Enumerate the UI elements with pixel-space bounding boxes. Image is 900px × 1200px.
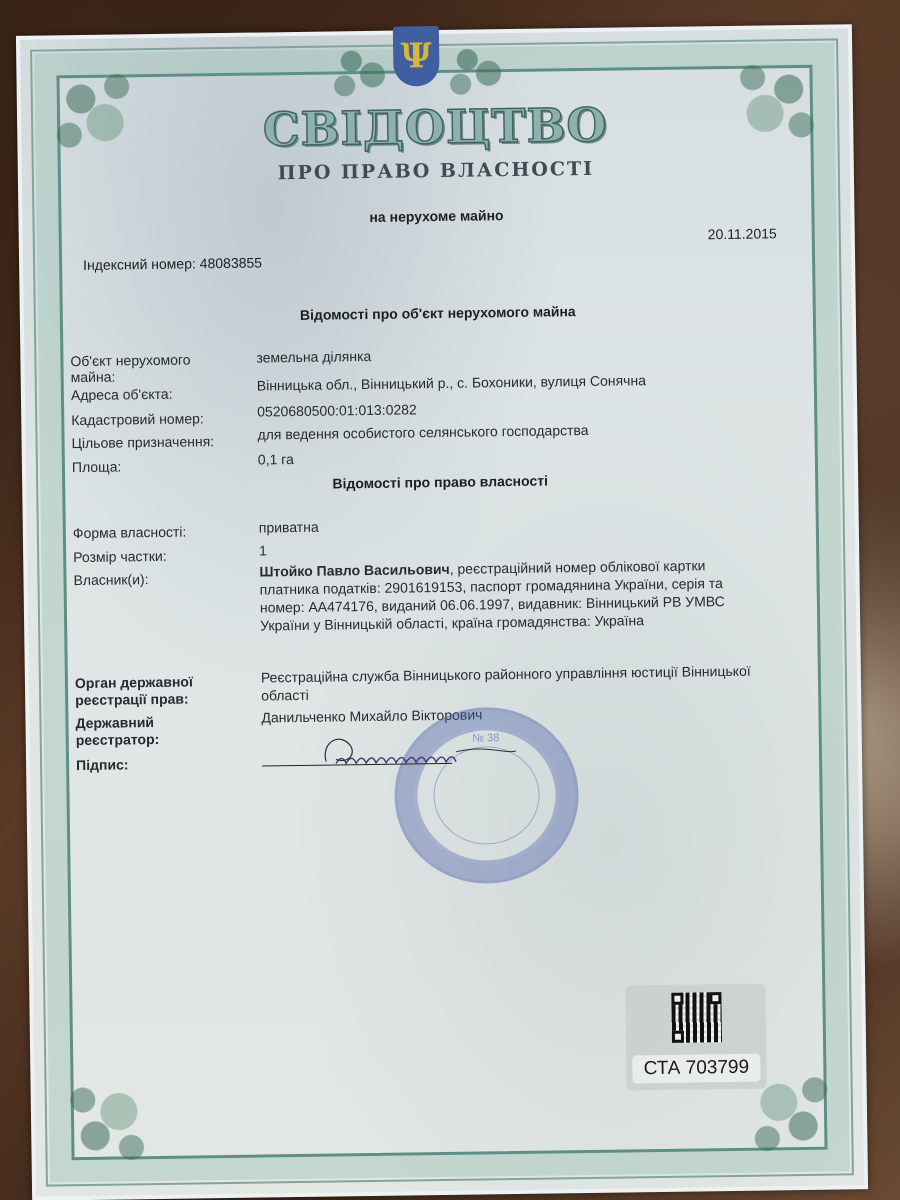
field-label-purpose: Цільове призначення: <box>71 433 251 452</box>
index-number-value: 48083855 <box>200 254 263 271</box>
field-label-area: Площа: <box>72 457 252 476</box>
qr-code-icon <box>671 992 722 1043</box>
field-label-signature: Підпис: <box>76 755 256 774</box>
index-number-label: Індексний номер: <box>83 255 196 273</box>
certificate-sheet: Ψ СВІДОЦТВО ПРО ПРАВО ВЛАСНОСТІ на нерух… <box>16 24 868 1200</box>
field-label-authority: Орган державної реєстрації прав: <box>75 673 235 709</box>
qr-finder-icon <box>671 993 683 1005</box>
field-label-address: Адреса об'єкта: <box>71 385 251 404</box>
trident-shield-icon: Ψ <box>393 26 440 87</box>
field-label-cadastral: Кадастровий номер: <box>71 410 251 429</box>
oak-leaf-corner-icon <box>58 1051 180 1173</box>
wreath-icon <box>323 33 394 104</box>
qr-finder-icon <box>672 1031 684 1043</box>
serial-number: СТА 703799 <box>632 1054 760 1084</box>
field-value-authority: Реєстраційна служба Вінницького районног… <box>261 662 761 705</box>
signature-icon <box>316 729 517 777</box>
index-number: Індексний номер: 48083855 <box>83 254 262 272</box>
field-label-share-size: Розмір частки: <box>73 547 253 566</box>
field-value-owners: Штойко Павло Васильович, реєстраційний н… <box>259 556 760 635</box>
issue-date: 20.11.2015 <box>708 225 777 242</box>
security-label: СТА 703799 <box>625 984 766 1091</box>
field-label-ownership-form: Форма власності: <box>73 523 253 542</box>
owner-name: Штойко Павло Васильович <box>259 561 449 580</box>
field-label-registrar: Державний реєстратор: <box>75 713 195 749</box>
trident-icon: Ψ <box>400 36 432 76</box>
field-label-owners: Власник(и): <box>73 570 253 589</box>
field-label-object: Об'єкт нерухомого майна: <box>70 351 220 385</box>
qr-finder-icon <box>709 992 721 1004</box>
